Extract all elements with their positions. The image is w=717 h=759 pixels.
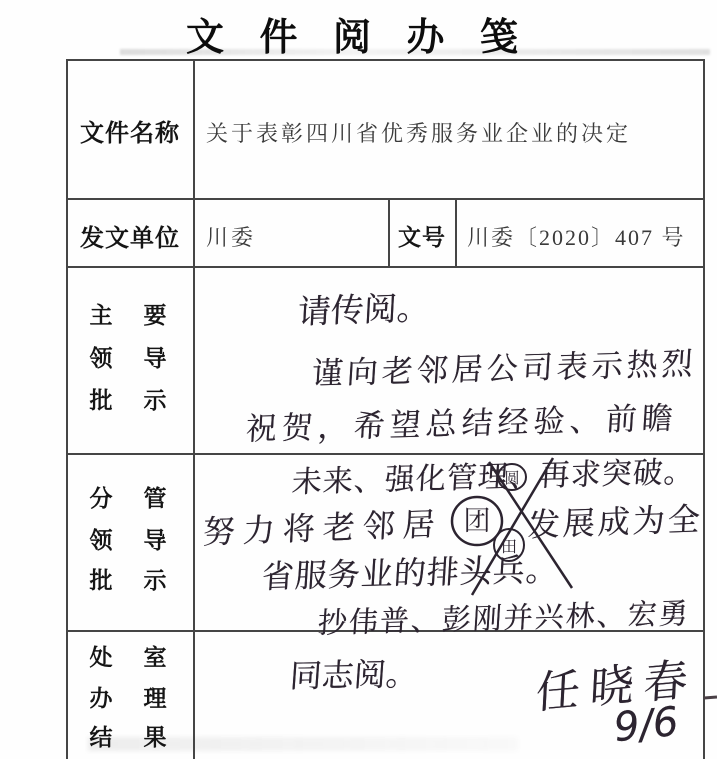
issuer-value: 川委 — [206, 221, 256, 252]
branch-leader-label-line1: 分 管 — [66, 480, 194, 513]
table-border-top — [66, 59, 705, 61]
table-border-right — [703, 59, 705, 759]
document-page: 文 件 阅 办 笺 文件名称 关于表彰四川省优秀服务业企业的决定 发文单位 川委… — [0, 0, 717, 759]
main-leader-label-line3: 批 示 — [66, 382, 194, 415]
handwriting-line-effort-left: 努力将老邻居 — [202, 499, 444, 553]
correction-char-bottom: 田 — [501, 539, 517, 556]
handwriting-correction-marks: 团 圆 田 — [430, 440, 590, 610]
branch-leader-label-line3: 批 示 — [66, 562, 194, 595]
table-rule-row2 — [66, 266, 705, 268]
page-title: 文 件 阅 办 笺 — [0, 6, 717, 61]
handwriting-pen-tick — [704, 696, 717, 700]
doc-no-label: 文号 — [388, 219, 456, 252]
office-result-label-line1: 处 室 — [66, 639, 194, 672]
office-result-label-line3: 结 果 — [66, 719, 194, 752]
handwriting-line-congrats-1: 谨向老邻居公司表示热烈 — [311, 338, 699, 393]
main-leader-label-line1: 主 要 — [66, 297, 194, 330]
branch-leader-label-line2: 领 导 — [66, 522, 194, 555]
correction-char-top: 圆 — [504, 470, 519, 487]
handwriting-line-comrades-read: 同志阅。 — [288, 649, 419, 697]
office-result-label-line2: 办 理 — [66, 680, 194, 713]
signature-date: 9/6 — [612, 699, 681, 751]
doc-name-label: 文件名称 — [66, 113, 194, 148]
doc-name-value: 关于表彰四川省优秀服务业企业的决定 — [206, 117, 631, 148]
table-rule-row1 — [66, 198, 705, 200]
correction-char-main: 团 — [464, 506, 491, 536]
handwriting-line-please-circulate: 请传阅。 — [297, 282, 431, 334]
doc-no-value: 川委〔2020〕407 号 — [467, 221, 686, 252]
main-leader-label-line2: 领 导 — [66, 340, 194, 373]
issuer-label: 发文单位 — [66, 218, 194, 253]
